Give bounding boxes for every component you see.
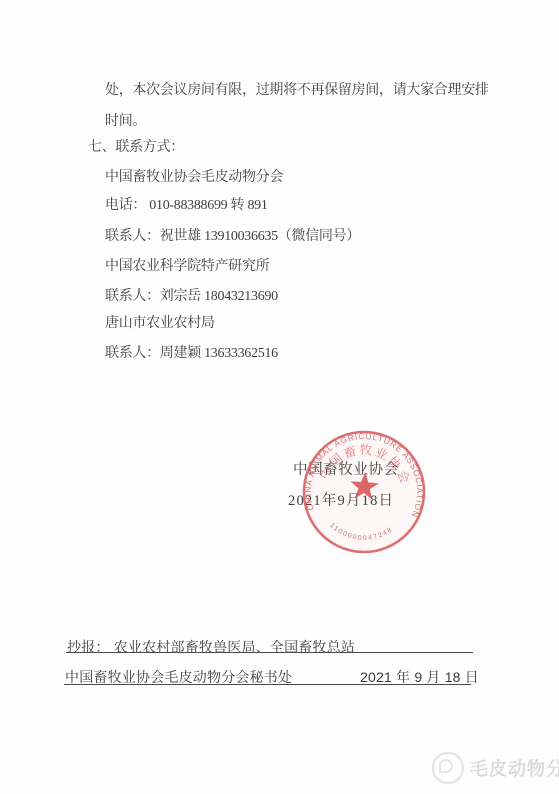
document-page: 处，本次会议房间有限，过期将不再保留房间，请大家合理安排 时间。 七、联系方式：… (0, 0, 559, 794)
contact-line: 唐山市农业农村局 (105, 312, 215, 332)
branch-watermark: 毛皮动物分会 (432, 752, 559, 784)
paragraph-line: 处，本次会议房间有限，过期将不再保留房间，请大家合理安排 (105, 79, 489, 99)
section-heading: 七、联系方式： (88, 136, 184, 156)
contact-line-person: 联系人：刘宗岳 18043213690 (105, 285, 278, 305)
paragraph-line: 时间。 (105, 110, 146, 130)
footer-rule-bottom (64, 684, 471, 685)
footer-rule-top (66, 652, 473, 653)
branch-watermark-label: 毛皮动物分会 (470, 755, 559, 781)
official-seal-stamp: CHINA ANIMAL AGRICULTURE ASSOCIATION 中国畜… (295, 423, 434, 562)
contact-line-person: 联系人：周建颖 13633362516 (105, 342, 278, 362)
branch-logo-icon (432, 752, 464, 784)
contact-line: 中国农业科学院特产研究所 (105, 255, 269, 275)
footer-cc-line: 抄报： 农业农村部畜牧兽医局、全国畜牧总站 (67, 637, 355, 657)
contact-line-person: 联系人：祝世雄 13910036635（微信同号） (105, 225, 360, 245)
contact-line-phone: 电话： 010-88388699 转 891 (105, 194, 268, 214)
contact-line: 中国畜牧业协会毛皮动物分会 (105, 166, 283, 186)
